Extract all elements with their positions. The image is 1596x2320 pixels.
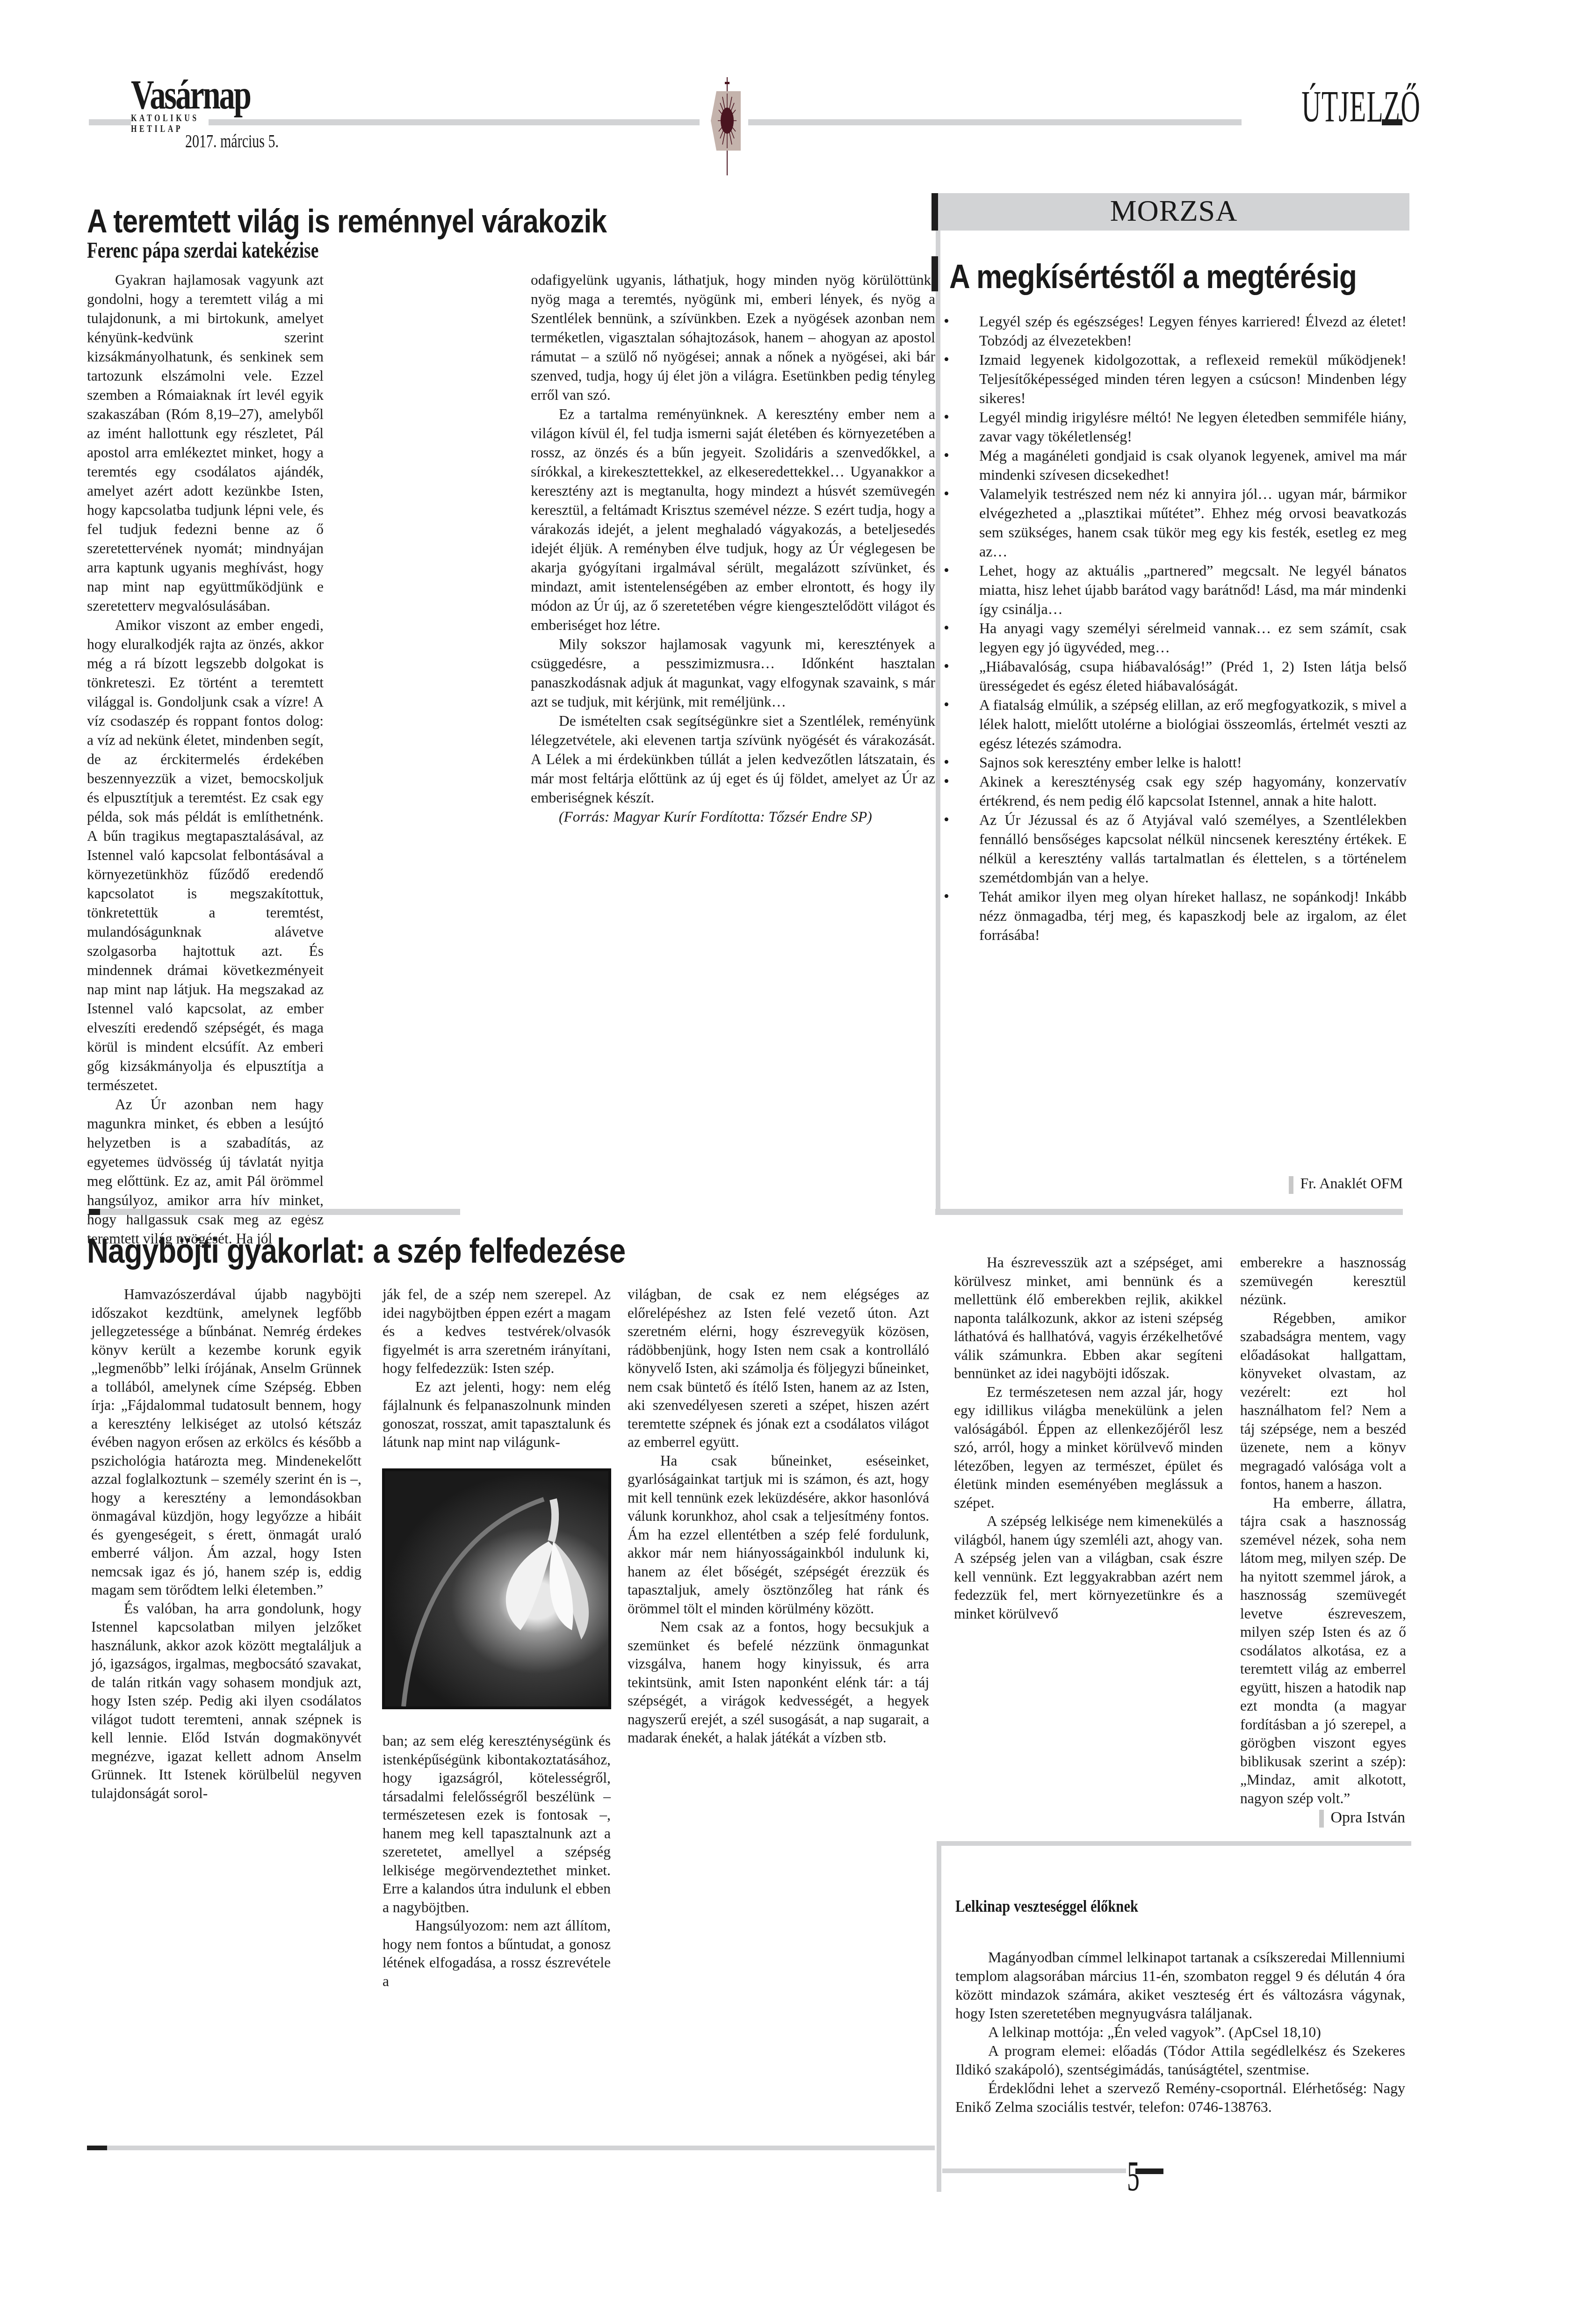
paragraph: És valóban, ha arra gondolunk, hogy Iste… <box>91 1599 361 1803</box>
morzsa-bullet-list: Legyél szép és egészséges! Legyen fényes… <box>939 312 1407 945</box>
article1-subtitle: Ferenc pápa szerdai katekézise <box>87 238 318 263</box>
paragraph: Hangsúlyozom: nem azt állítom, hogy nem … <box>383 1916 611 1990</box>
logo-title: Vasárnap <box>131 75 193 116</box>
paragraph: Ha csak bűneinket, eséseinket, gyarlóság… <box>628 1452 929 1618</box>
paragraph: Az Úr azonban nem hagy magunkra minket, … <box>87 1095 324 1248</box>
paragraph: A lelkinap mottója: „Én veled vagyok”. (… <box>955 2023 1405 2041</box>
paragraph: emberekre a hasznosság szemüvegén keresz… <box>1240 1253 1406 1309</box>
notice-title: Lelkinap veszteséggel élőknek <box>955 1896 1138 1916</box>
paragraph: Érdeklődni lehet a szervező Remény-csopo… <box>955 2079 1405 2116</box>
article1-title: A teremtett világ is reménnyel várakozik <box>87 205 607 238</box>
list-item: Még a magánéleti gondjaid is csak olyano… <box>939 446 1407 484</box>
paragraph: Régebben, amikor szabadságra mentem, vag… <box>1240 1309 1406 1494</box>
list-item: Lehet, hogy az aktuális „partnered” megc… <box>939 561 1407 619</box>
article2-author: Opra István <box>1239 1809 1405 1828</box>
list-item: Ha anyagi vagy személyi sérelmeid vannak… <box>939 619 1407 657</box>
list-item: Valamelyik testrészed nem néz ki annyira… <box>939 484 1407 561</box>
list-item: Akinek a kereszténység csak egy szép hag… <box>939 772 1407 810</box>
morzsa-banner: MORZSA <box>932 193 1409 231</box>
article2-column-1: Hamvazószerdával újabb nagyböjti időszak… <box>91 1285 361 1802</box>
list-item: Az Úr Jézussal és az ő Atyjával való sze… <box>939 810 1407 887</box>
flower-image-icon <box>385 1471 608 1706</box>
paragraph: Gyakran hajlamosak vagyunk azt gondolni,… <box>87 270 324 615</box>
source-note: (Forrás: Magyar Kurír Fordította: Tőzsér… <box>531 807 935 826</box>
separator-rule-right <box>935 1209 1403 1215</box>
notice-body: Magányodban címmel lelkinapot tartanak a… <box>955 1948 1405 2116</box>
list-item: „Hiábavalóság, csupa hiábavalóság!” (Pré… <box>939 657 1407 695</box>
paragraph: Mily sokszor hajlamosak vagyunk mi, kere… <box>531 635 935 711</box>
notice-box: Lelkinap veszteséggel élőknek Magányodba… <box>937 1841 1411 2192</box>
paragraph: világban, de csak ez nem elégséges az el… <box>628 1285 929 1452</box>
list-item: Sajnos sok keresztény ember lelke is hal… <box>939 753 1407 772</box>
page-number-rule <box>1135 2168 1163 2174</box>
article2-column-4: Ha észrevesszük azt a szépséget, ami kör… <box>954 1253 1223 1623</box>
separator-rule-left <box>100 1209 460 1215</box>
page-number: 5 <box>1127 2156 1140 2198</box>
paragraph: Ez a tartalma reményünknek. A keresztény… <box>531 405 935 635</box>
paragraph: odafigyelünk ugyanis, láthatjuk, hogy mi… <box>531 270 935 405</box>
article2-column-3: világban, de csak ez nem elégséges az el… <box>628 1285 929 1747</box>
morzsa-title: A megkísértéstől a megtérésig <box>949 260 1357 294</box>
paragraph: Ha észrevesszük azt a szépséget, ami kör… <box>954 1253 1223 1383</box>
paragraph: Ha emberre, állatra, tájra csak a haszno… <box>1240 1494 1406 1808</box>
paragraph: Magányodban címmel lelkinapot tartanak a… <box>955 1948 1405 2023</box>
issue-date: 2017. március 5. <box>185 130 279 152</box>
paragraph: Hamvazószerdával újabb nagyböjti időszak… <box>91 1285 361 1599</box>
paragraph: Amikor viszont az ember engedi, hogy elu… <box>87 615 324 1095</box>
masthead-rule-left <box>89 119 131 125</box>
article2-column-2-top: ják fel, de a szép nem szerepel. Az idei… <box>383 1285 611 1452</box>
list-item: Legyél szép és egészséges! Legyen fényes… <box>939 312 1407 350</box>
article2-column-2-bottom: ban; az sem elég kereszténységünk és ist… <box>383 1732 611 1990</box>
article2-title: Nagyböjti gyakorlat: a szép felfedezése <box>87 1234 625 1268</box>
morzsa-title-bar <box>932 256 938 291</box>
paragraph: ban; az sem elég kereszténységünk és ist… <box>383 1732 611 1916</box>
paragraph: A program elemei: előadás (Tódor Attila … <box>955 2041 1405 2079</box>
list-item: A fiatalság elmúlik, a szépség elillan, … <box>939 695 1407 753</box>
paragraph: ják fel, de a szép nem szerepel. Az idei… <box>383 1285 611 1378</box>
section-title-rule <box>1382 119 1402 125</box>
article1-column-1: Gyakran hajlamosak vagyunk azt gondolni,… <box>87 270 324 1248</box>
paragraph: A szépség lelkisége nem kimenekülés a vi… <box>954 1512 1223 1623</box>
article2-column-5: emberekre a hasznosság szemüvegén keresz… <box>1240 1253 1406 1807</box>
list-item: Izmaid legyenek kidolgozottak, a reflexe… <box>939 350 1407 408</box>
masthead-rule-mid <box>209 119 700 125</box>
author-name: Opra István <box>1330 1809 1405 1826</box>
paragraph: Nem csak az a fontos, hogy becsukjuk a s… <box>628 1618 929 1747</box>
list-item: Tehát amikor ilyen meg olyan híreket hal… <box>939 887 1407 945</box>
author-marker <box>1319 1810 1324 1828</box>
footer-rule-left <box>107 2146 935 2150</box>
separator-rule-left-accent <box>89 1209 100 1215</box>
snowdrop-flower-photo <box>382 1468 611 1709</box>
author-marker <box>1289 1176 1293 1194</box>
footer-rule-accent <box>87 2146 107 2150</box>
footer-rule-right <box>942 2168 1126 2173</box>
list-item: Legyél mindig irigylésre méltó! Ne legye… <box>939 408 1407 446</box>
author-name: Fr. Anaklét OFM <box>1300 1175 1403 1192</box>
paragraph: Ez azt jelenti, hogy: nem elég fájlalnun… <box>383 1378 611 1452</box>
article1-column-2: odafigyelünk ugyanis, láthatjuk, hogy mi… <box>531 270 935 826</box>
paragraph: De ismételten csak segítségünkre siet a … <box>531 711 935 807</box>
masthead-rule-right <box>748 119 1242 125</box>
masthead-logo: Vasárnap KATOLIKUS HETILAP <box>131 75 210 135</box>
paragraph: Ez természetesen nem azzal jár, hogy egy… <box>954 1383 1223 1512</box>
morzsa-author: Fr. Anaklét OFM <box>1239 1175 1403 1194</box>
monstrance-sunburst-icon <box>711 77 744 175</box>
